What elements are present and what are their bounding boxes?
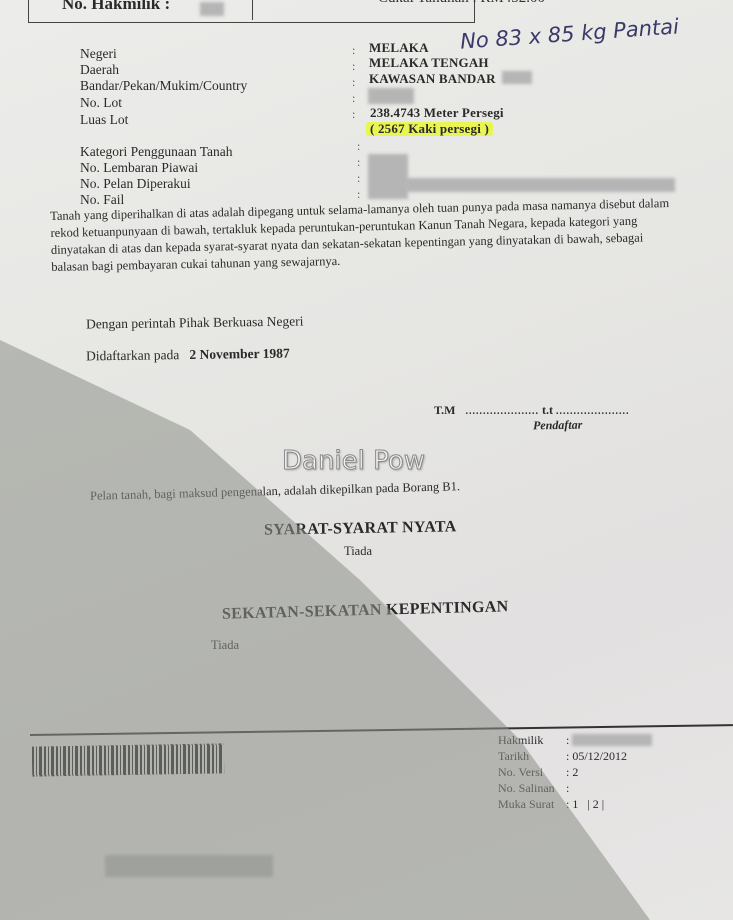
redacted-pelan [405, 178, 675, 192]
footer-muka-label: Muka Surat [498, 796, 566, 812]
colons: ::::: [352, 42, 355, 122]
ownership-paragraph: Tanah yang diperihalkan di atas adalah d… [50, 195, 671, 276]
label-lembaran: No. Lembaran Piawai [80, 161, 198, 175]
footer-info: Hakmilik: Tarikh: 05/12/2012 No. Versi: … [498, 732, 652, 812]
label-daerah: Daerah [80, 63, 119, 77]
value-luas-meter: 238.4743 Meter Persegi [370, 106, 504, 120]
value-daerah: MELAKA TENGAH [369, 56, 489, 70]
pendaftar-label: Pendaftar [533, 418, 583, 434]
cukai-tahunan: Cukai Tahunan : RM452.00 [378, 0, 545, 7]
signature-line: T.M ..................... t.t ..........… [434, 403, 629, 418]
label-no-lot: No. Lot [80, 96, 122, 110]
value-luas-kaki: ( 2567 Kaki persegi ) [366, 122, 493, 136]
watermark: Daniel Pow [282, 446, 425, 476]
value-negeri: MELAKA [369, 41, 429, 55]
value-bandar: KAWASAN BANDAR [369, 72, 496, 86]
registered-row: Didaftarkan pada 2 November 1987 [86, 347, 290, 364]
colons-2: :::: [357, 138, 360, 202]
footer-hakmilik-label: Hakmilik [498, 732, 566, 748]
redacted-bandar [502, 71, 532, 84]
syarat-value: Tiada [344, 544, 372, 558]
footer-tarikh-label: Tarikh [498, 748, 566, 764]
registered-date: 2 November 1987 [189, 346, 289, 362]
barcode [32, 743, 224, 776]
redacted-footer-hakmilik [572, 734, 652, 746]
syarat-heading: SYARAT-SYARAT NYATA [264, 518, 457, 539]
footer-tarikh-value: 05/12/2012 [572, 748, 627, 764]
tt-label: t.t [542, 403, 553, 417]
tm-label: T.M [434, 403, 455, 417]
hakmilik-label: No. Hakmilik : [62, 0, 170, 14]
label-luas-lot: Luas Lot [80, 113, 128, 127]
footer-salinan-label: No. Salinan [498, 780, 566, 796]
footer-versi-value: 2 [572, 764, 578, 780]
registered-label: Didaftarkan pada [86, 347, 180, 363]
redacted-hakmilik [200, 2, 224, 16]
label-negeri: Negeri [80, 47, 117, 61]
label-pelan: No. Pelan Diperakui [80, 177, 191, 191]
redacted-no-lot [368, 88, 414, 104]
footer-versi-label: No. Versi [498, 764, 566, 780]
label-kategori: Kategori Penggunaan Tanah [80, 145, 233, 159]
footer-muka-value: 1 | 2 | [572, 796, 604, 812]
redacted-bottom [105, 855, 273, 877]
label-fail: No. Fail [80, 193, 124, 207]
redacted-block [368, 154, 408, 199]
label-bandar: Bandar/Pekan/Mukim/Country [80, 79, 247, 93]
sekatan-value: Tiada [211, 638, 239, 652]
